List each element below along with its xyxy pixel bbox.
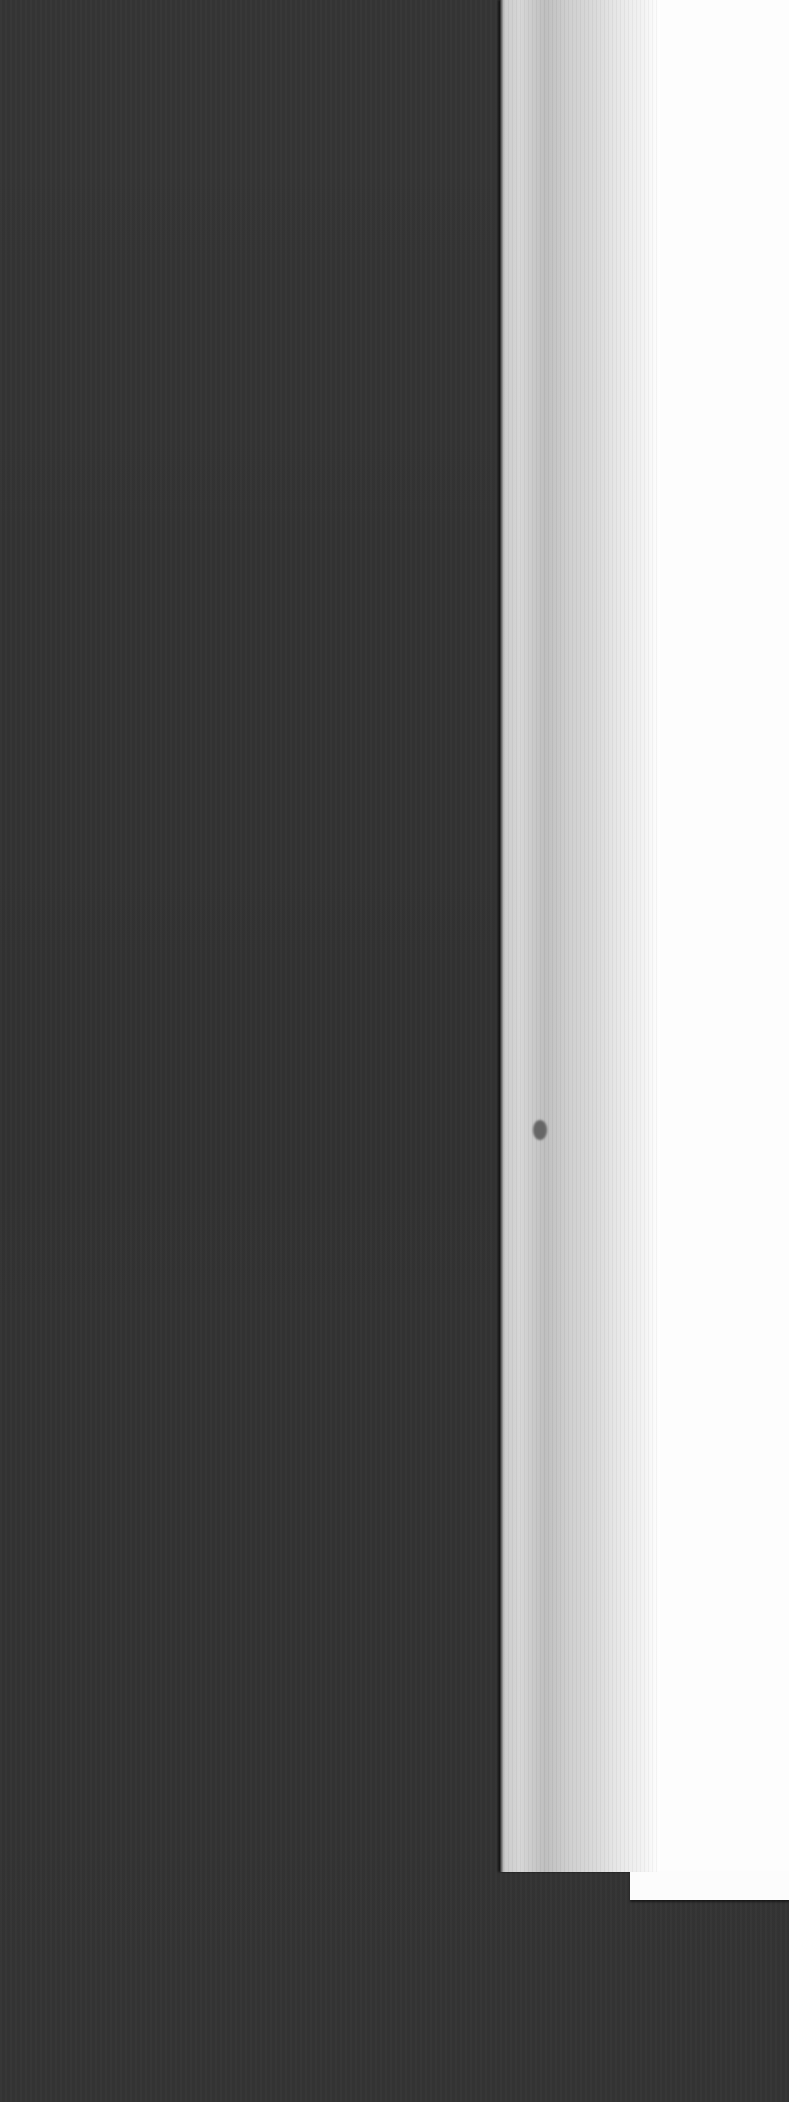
white-page (660, 0, 789, 1872)
dust-speck (533, 1120, 547, 1140)
binding-edge (500, 0, 660, 1872)
page-bottom-edge (630, 1872, 789, 1900)
